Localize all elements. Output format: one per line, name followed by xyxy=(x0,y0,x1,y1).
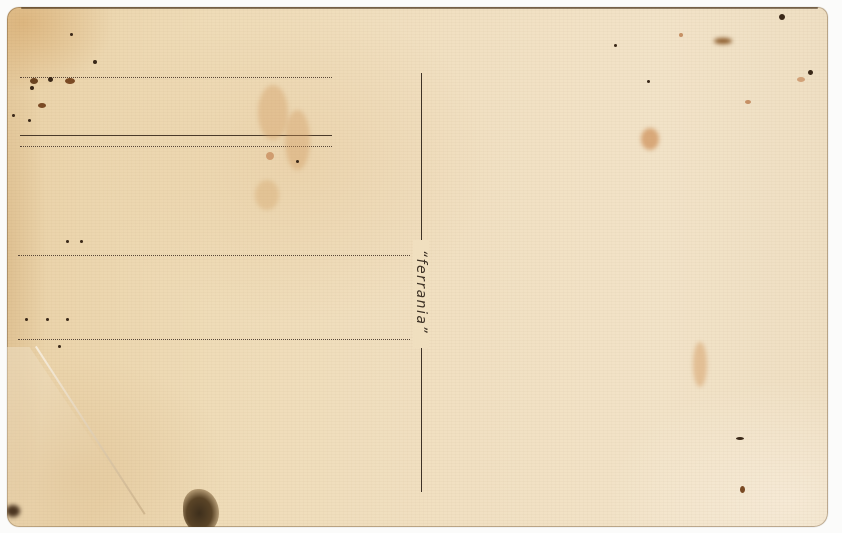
scan-background: “ferrania” xyxy=(0,0,842,533)
stain-spot xyxy=(70,33,73,36)
dotted-rule-4 xyxy=(18,339,410,340)
brand-imprint: “ferrania” xyxy=(413,247,429,337)
stain-spot xyxy=(46,318,49,321)
stain-spot xyxy=(296,160,299,163)
stain-spot xyxy=(80,240,83,243)
stain-spot xyxy=(12,114,15,117)
stain-spot xyxy=(647,80,650,83)
stain-spot xyxy=(66,318,69,321)
stain-spot xyxy=(66,240,69,243)
stain-spot xyxy=(93,60,97,64)
stain-spot xyxy=(736,437,744,440)
stain-spot xyxy=(745,100,751,104)
stain-spot xyxy=(255,180,279,210)
stain-spot xyxy=(285,110,310,170)
stain-spot xyxy=(266,152,274,160)
stain-spot xyxy=(25,318,28,321)
stain-spot xyxy=(779,14,785,20)
stain-spot xyxy=(693,342,707,387)
stain-spot xyxy=(614,44,617,47)
stain-spot xyxy=(28,119,31,122)
stain-spot xyxy=(679,33,683,37)
stain-spot xyxy=(65,78,75,84)
solid-rule-1 xyxy=(20,135,332,136)
stain-spot xyxy=(258,85,288,140)
stain-spot xyxy=(714,38,732,44)
burn-mark xyxy=(183,489,219,527)
stain-spot xyxy=(808,70,813,75)
stain-spot xyxy=(641,128,659,150)
dotted-rule-2 xyxy=(20,146,332,147)
stain-spot xyxy=(38,103,46,108)
stain-spot xyxy=(30,78,38,84)
stain-spot xyxy=(740,486,745,493)
stain-spot xyxy=(58,345,61,348)
dotted-rule-3 xyxy=(18,255,410,256)
card-top-edge xyxy=(21,7,818,9)
stain-spot xyxy=(30,86,34,90)
stain-spot xyxy=(797,77,805,82)
dotted-rule-0 xyxy=(20,77,332,78)
